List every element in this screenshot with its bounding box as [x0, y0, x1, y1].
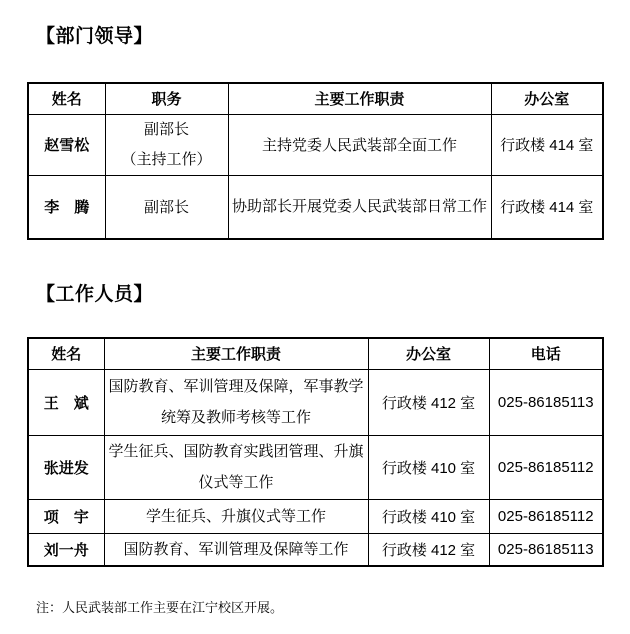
footnote: 注：人民武装部工作主要在江宁校区开展。: [36, 597, 283, 616]
column-header-position: 职务: [105, 83, 228, 114]
phone-cell: 025-86185112: [489, 499, 603, 533]
phone-cell: 025-86185113: [489, 369, 603, 435]
column-header-office: 办公室: [368, 338, 489, 369]
phone-cell: 025-86185113: [489, 533, 603, 566]
office-cell: 行政楼 410 室: [368, 435, 489, 499]
column-header-phone: 电话: [489, 338, 603, 369]
table-row: 赵雪松 副部长 （主持工作） 主持党委人民武装部全面工作 行政楼 414 室: [28, 114, 603, 175]
leaders-table: 姓名 职务 主要工作职责 办公室 赵雪松 副部长 （主持工作） 主持党委人民武装…: [27, 82, 604, 240]
position-line: （主持工作）: [106, 145, 228, 175]
table-row: 王 斌 国防教育、军训管理及保障，军事教学统筹及教师考核等工作 行政楼 412 …: [28, 369, 603, 435]
section-title-department-leaders: 【部门领导】: [36, 21, 153, 48]
name-cell: 项 宇: [28, 499, 104, 533]
duty-cell: 协助部长开展党委人民武装部日常工作: [228, 175, 491, 239]
office-cell: 行政楼 412 室: [368, 369, 489, 435]
table-row: 刘一舟 国防教育、军训管理及保障等工作 行政楼 412 室 025-861851…: [28, 533, 603, 566]
table-row: 李 腾 副部长 协助部长开展党委人民武装部日常工作 行政楼 414 室: [28, 175, 603, 239]
column-header-name: 姓名: [28, 83, 105, 114]
staff-directory-page: 【部门领导】 姓名 职务 主要工作职责 办公室 赵雪松 副部长 （主持工作） 主…: [0, 0, 630, 634]
name-cell: 赵雪松: [28, 114, 105, 175]
position-cell: 副部长 （主持工作）: [105, 114, 228, 175]
table-row: 张进发 学生征兵、国防教育实践团管理、升旗仪式等工作 行政楼 410 室 025…: [28, 435, 603, 499]
office-cell: 行政楼 414 室: [491, 114, 603, 175]
name-cell: 刘一舟: [28, 533, 104, 566]
duty-cell: 主持党委人民武装部全面工作: [228, 114, 491, 175]
duty-cell: 国防教育、军训管理及保障等工作: [104, 533, 368, 566]
position-line: 副部长: [106, 115, 228, 145]
column-header-name: 姓名: [28, 338, 104, 369]
leaders-table-header-row: 姓名 职务 主要工作职责 办公室: [28, 83, 603, 114]
staff-table-header-row: 姓名 主要工作职责 办公室 电话: [28, 338, 603, 369]
position-cell: 副部长: [105, 175, 228, 239]
column-header-office: 办公室: [491, 83, 603, 114]
name-cell: 王 斌: [28, 369, 104, 435]
office-cell: 行政楼 414 室: [491, 175, 603, 239]
duty-cell: 国防教育、军训管理及保障，军事教学统筹及教师考核等工作: [104, 369, 368, 435]
staff-table: 姓名 主要工作职责 办公室 电话 王 斌 国防教育、军训管理及保障，军事教学统筹…: [27, 337, 604, 567]
table-row: 项 宇 学生征兵、升旗仪式等工作 行政楼 410 室 025-86185112: [28, 499, 603, 533]
column-header-duty: 主要工作职责: [104, 338, 368, 369]
phone-cell: 025-86185112: [489, 435, 603, 499]
office-cell: 行政楼 412 室: [368, 533, 489, 566]
column-header-duty: 主要工作职责: [228, 83, 491, 114]
duty-cell: 学生征兵、升旗仪式等工作: [104, 499, 368, 533]
office-cell: 行政楼 410 室: [368, 499, 489, 533]
section-title-staff: 【工作人员】: [36, 279, 153, 306]
duty-cell: 学生征兵、国防教育实践团管理、升旗仪式等工作: [104, 435, 368, 499]
name-cell: 张进发: [28, 435, 104, 499]
name-cell: 李 腾: [28, 175, 105, 239]
